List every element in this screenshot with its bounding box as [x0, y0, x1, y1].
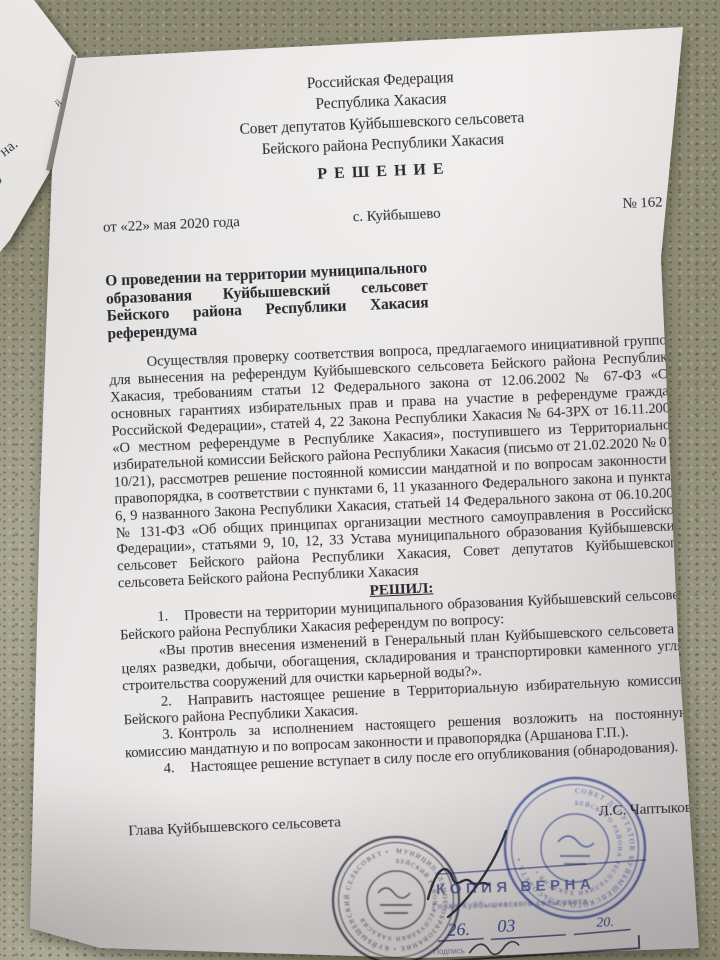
seal-inner-ring [367, 871, 425, 929]
stamps-overlay: МУНИЦИПАЛЬНОЕ ОБРАЗОВАНИЕ • КУЙБЫШЕВСКИЙ… [0, 0, 720, 960]
seal-emblem [378, 888, 412, 913]
stamp-date-day: 26. [447, 919, 470, 940]
stamp-date-month: 03 [497, 916, 516, 937]
seal-emblem [558, 836, 594, 864]
stamp-sign-label: Подпись [433, 946, 465, 956]
copy-stamp-small-line: Глава Куйбышевского сельсовета [433, 897, 589, 911]
seal-inner-ring [541, 814, 609, 882]
stamp-signature-scribble [469, 941, 519, 955]
stamp-date-year: 20. [596, 915, 614, 931]
